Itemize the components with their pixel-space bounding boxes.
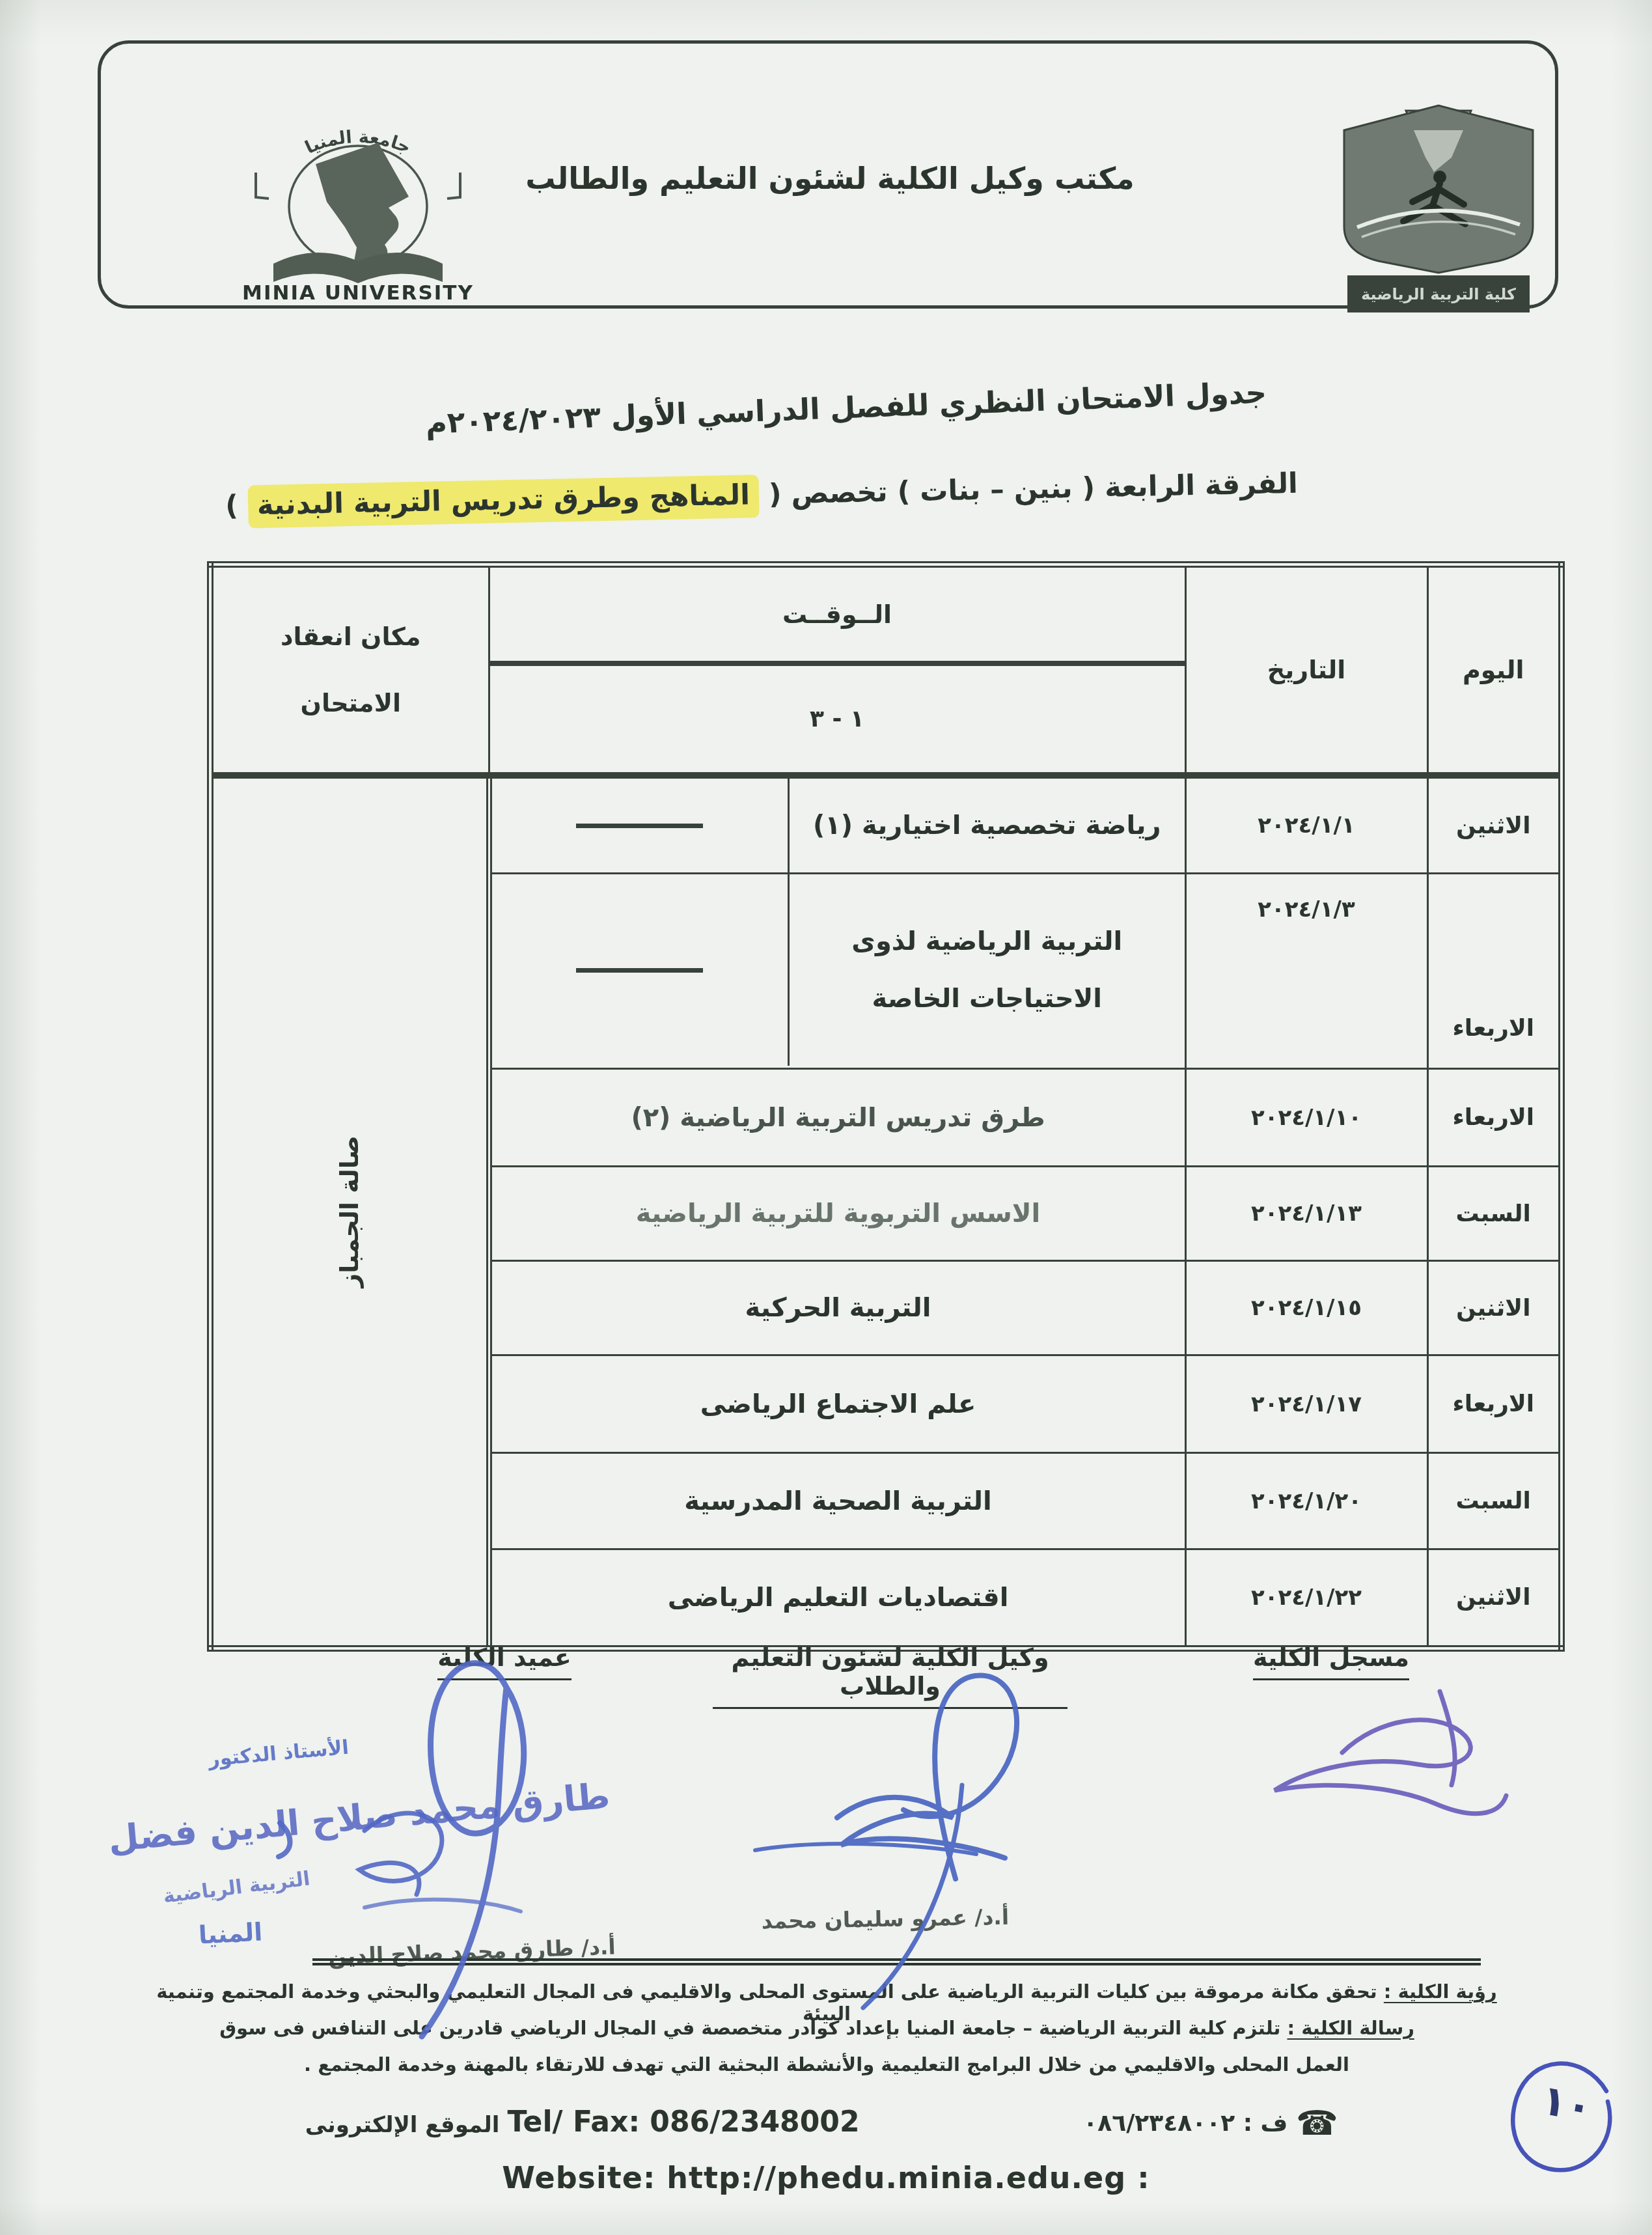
empty-slot — [492, 874, 790, 1066]
mission-text-1: تلتزم كلية التربية الرياضية – جامعة المن… — [219, 2017, 1280, 2039]
subject-cell: اقتصاديات التعليم الرياضى — [489, 1549, 1185, 1648]
vision-label: رؤية الكلية : — [1384, 1980, 1497, 2003]
mission-label: رسالة الكلية : — [1287, 2017, 1414, 2039]
day-cell: الاثنين — [1427, 775, 1562, 874]
scanned-exam-schedule-document: جامعة المنيا MINIA UNIVERSITY مكتب وكيل … — [0, 0, 1652, 2235]
registrar-signature — [1274, 1691, 1506, 1814]
office-title: مكتب وكيل الكلية لشئون التعليم والطالب — [524, 161, 1136, 196]
university-name-en: MINIA UNIVERSITY — [242, 281, 474, 304]
day-cell: الاربعاء — [1427, 1355, 1562, 1453]
col-header-location: مكان انعقاد الامتحان — [210, 564, 489, 775]
laurel-left-icon — [256, 173, 269, 199]
location-header-line2: الامتحان — [213, 689, 488, 717]
subtitle-highlighted-specialization: المناهج وطرق تدريس التربية البدنية — [247, 475, 759, 528]
subject-text: التربية الرياضية لذوى الاحتياجات الخاصة — [790, 874, 1184, 1066]
subject-line1: التربية الرياضية لذوى — [851, 926, 1122, 956]
date-cell: ٢٠٢٤/١/٣ — [1185, 874, 1427, 1069]
document-subtitle: الفرقة الرابعة ( بنين – بنات ) تخصص ( ال… — [143, 465, 1381, 524]
footer-divider — [312, 1958, 1481, 1965]
col-header-date: التاريخ — [1185, 564, 1427, 775]
empty-slot — [492, 779, 790, 872]
telfax-contact: Tel/ Fax: 086/2348002 — [501, 2105, 866, 2139]
dean-stamp-handwriting-2: طارق محمد صلاح الدين فضل — [107, 1775, 612, 1859]
dean-stamp-handwriting-1: الأستاذ الدكتور — [208, 1736, 350, 1771]
subject-cell: رياضة تخصصية اختيارية (١) — [489, 775, 1185, 874]
table-header-row: اليوم التاريخ الــوقــت مكان انعقاد الام… — [210, 564, 1562, 663]
mission-line-1: رسالة الكلية : تلتزم كلية التربية الرياض… — [111, 2017, 1523, 2039]
dean-title: عميد الكلية — [417, 1643, 592, 1680]
day-cell: السبت — [1427, 1167, 1562, 1261]
phone-contact: ☎ ف : ٠٨٦/٢٣٤٨٠٠٢ — [1028, 2104, 1393, 2143]
exam-location-cell: صالة الجمباز — [210, 775, 489, 1648]
subject-cell: التربية الحركية — [489, 1261, 1185, 1355]
dean-stamp-text-1: التربية الرياضية — [162, 1867, 311, 1908]
table-row: الاثنين ٢٠٢٤/١/١ رياضة تخصصية اختيارية (… — [210, 775, 1562, 874]
subtitle-prefix: الفرقة الرابعة ( بنين – بنات ) تخصص ( — [768, 467, 1298, 511]
dash-line — [576, 824, 703, 828]
date-cell: ٢٠٢٤/١/١٧ — [1185, 1355, 1427, 1453]
exam-location-text: صالة الجمباز — [335, 1076, 364, 1348]
col-header-day: اليوم — [1427, 564, 1562, 775]
time-slot: ١ - ٣ — [489, 663, 1185, 775]
date-cell: ٢٠٢٤/١/١٠ — [1185, 1069, 1427, 1167]
date-cell: ٢٠٢٤/١/١ — [1185, 775, 1427, 874]
col-header-time: الــوقــت — [489, 564, 1185, 663]
day-cell: الاثنين — [1427, 1261, 1562, 1355]
vice-dean-name: أ.د/ عمرو سليمان محمد — [723, 1904, 1049, 1935]
document-title: جدول الامتحان النظري للفصل الدراسي الأول… — [273, 370, 1420, 446]
date-cell: ٢٠٢٤/١/٢٢ — [1185, 1549, 1427, 1648]
date-cell: ٢٠٢٤/١/١٥ — [1185, 1261, 1427, 1355]
website-label: الموقع الإلكترونى — [305, 2112, 500, 2138]
minia-university-logo: جامعة المنيا MINIA UNIVERSITY — [218, 96, 498, 304]
mission-line-2: العمل المحلى والاقليمي من خلال البرامج ا… — [130, 2053, 1523, 2075]
registrar-title: مسجل الكلية — [1237, 1643, 1425, 1680]
subject-line2: الاحتياجات الخاصة — [872, 984, 1102, 1014]
dash-line — [576, 968, 703, 973]
subtitle-suffix: ) — [225, 490, 239, 522]
letterhead-box: جامعة المنيا MINIA UNIVERSITY مكتب وكيل … — [98, 40, 1558, 309]
website-url: Website: http://phedu.minia.edu.eg : — [0, 2160, 1652, 2195]
date-cell: ٢٠٢٤/١/١٣ — [1185, 1167, 1427, 1261]
phone-number: ٠٨٦/٢٣٤٨٠٠٢ — [1083, 2110, 1235, 2137]
faculty-caption: كلية التربية الرياضية — [1361, 285, 1516, 303]
day-cell: الاثنين — [1427, 1549, 1562, 1648]
nefertiti-silhouette-icon — [316, 143, 409, 261]
subject-cell: التربية الرياضية لذوى الاحتياجات الخاصة — [489, 874, 1185, 1069]
exam-schedule-table: اليوم التاريخ الــوقــت مكان انعقاد الام… — [207, 561, 1565, 1652]
vice-dean-title: وكيل الكلية لشئون التعليم والطلاب — [713, 1643, 1067, 1709]
subject-cell: علم الاجتماع الرياضى — [489, 1355, 1185, 1453]
laurel-right-icon — [447, 173, 460, 199]
day-cell: الاربعاء — [1427, 1069, 1562, 1167]
location-header-line1: مكان انعقاد — [213, 622, 488, 651]
day-cell: الاربعاء — [1427, 874, 1562, 1069]
subject-cell: التربية الصحية المدرسية — [489, 1453, 1185, 1549]
phone-label: ف : — [1243, 2110, 1288, 2137]
dean-stamp-text-2: المنيا — [198, 1917, 263, 1949]
day-cell: السبت — [1427, 1453, 1562, 1549]
handwritten-page-number: ١٠ — [1527, 2074, 1606, 2134]
subject-cell: الاسس التربوية للتربية الرياضية — [489, 1167, 1185, 1261]
subject-text: رياضة تخصصية اختيارية (١) — [790, 779, 1184, 872]
phone-icon: ☎ — [1296, 2104, 1338, 2143]
date-cell: ٢٠٢٤/١/٢٠ — [1185, 1453, 1427, 1549]
faculty-logo: كلية التربية الرياضية — [1328, 92, 1549, 317]
subject-cell: طرق تدريس التربية الرياضية (٢) — [489, 1069, 1185, 1167]
